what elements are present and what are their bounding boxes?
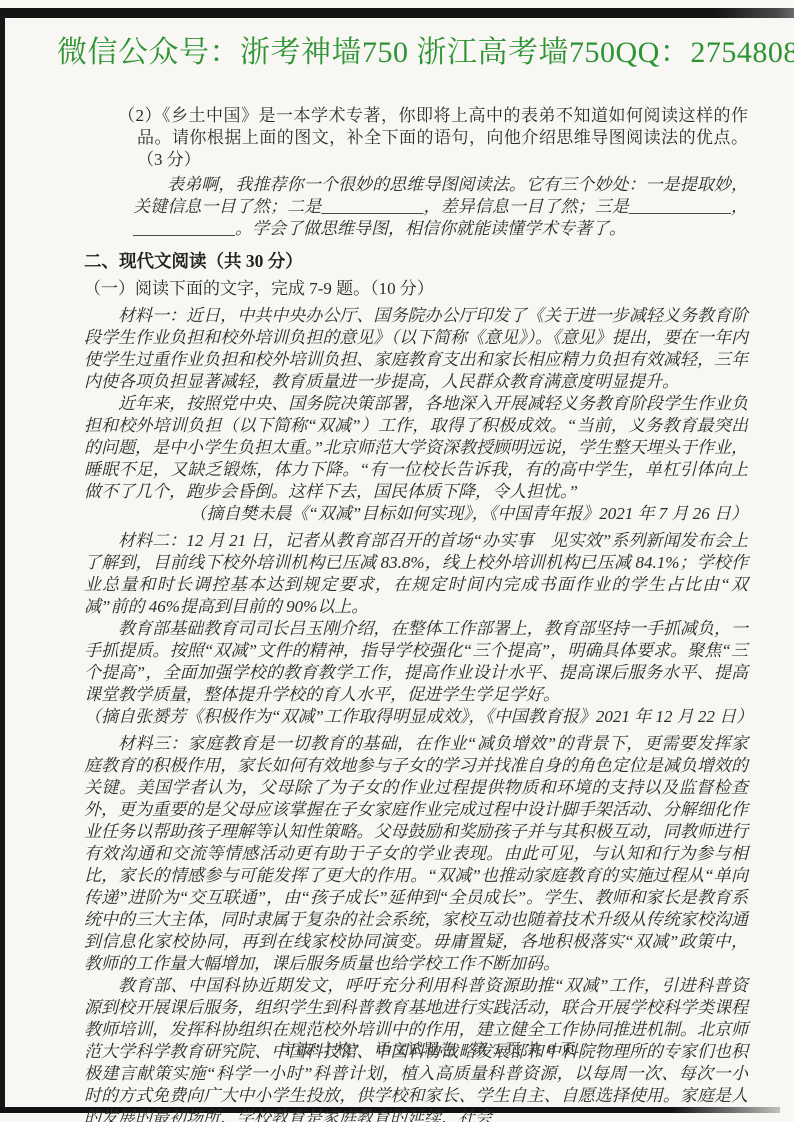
material-1-source: （摘自樊未晨《“双减”目标如何实现》，《中国青年报》2021 年 7 月 26 … <box>84 503 748 525</box>
question-2-block: （2）《乡土中国》是一本学术专著，你即将上高中的表弟不知道如何阅读这样的作品。请… <box>118 105 748 240</box>
question-2-fill-blank-reply: 表弟啊，我推荐你一个很妙的思维导图阅读法。它有三个妙处：一是提取妙，关键信息一目… <box>133 174 748 240</box>
material-2-paragraph-2: 教育部基础教育司司长吕玉刚介绍，在整体工作部署上，教育部坚持一手抓减负，一手抓提… <box>84 618 748 706</box>
question-2-stem: （2）《乡土中国》是一本学术专著，你即将上高中的表弟不知道如何阅读这样的作品。请… <box>118 105 748 171</box>
reading-part1-instruction: （一）阅读下面的文字，完成 7-9 题。（10 分） <box>84 278 748 300</box>
exam-body: （2）《乡土中国》是一本学术专著，你即将上高中的表弟不知道如何阅读这样的作品。请… <box>84 105 748 1122</box>
wechat-qq-watermark: 微信公众号：浙考神墙750 浙江高考墙750QQ：2754808740 <box>57 27 757 71</box>
material-2-source: （摘自张赟芳《积极作为“双减”工作取得明显成效》，《中国教育报》2021 年 1… <box>84 706 748 728</box>
page-footer: 宁波“十校” 语文试题卷 第 3 页 共 8 页 <box>0 1038 794 1059</box>
scanned-exam-page: 微信公众号：浙考神墙750 浙江高考墙750QQ：2754808740 （2）《… <box>0 0 794 1122</box>
material-1-paragraph-2: 近年来，按照党中央、国务院决策部署，各地深入开展减轻义务教育阶段学生作业负担和校… <box>84 393 748 503</box>
material-1-paragraph-1: 材料一：近日，中共中央办公厅、国务院办公厅印发了《关于进一步减轻义务教育阶段学生… <box>84 305 748 393</box>
material-3-paragraph-1: 材料三：家庭教育是一切教育的基础，在作业“减负增效”的背景下，更需要发挥家庭教育… <box>84 733 748 975</box>
scan-edge-top <box>0 8 794 18</box>
scan-edge-left <box>0 14 5 1110</box>
material-2-paragraph-1: 材料二：12 月 21 日，记者从教育部召开的首场“办实事 见实效”系列新闻发布… <box>84 530 748 618</box>
section-modern-reading-title: 二、现代文阅读（共 30 分） <box>84 250 748 272</box>
